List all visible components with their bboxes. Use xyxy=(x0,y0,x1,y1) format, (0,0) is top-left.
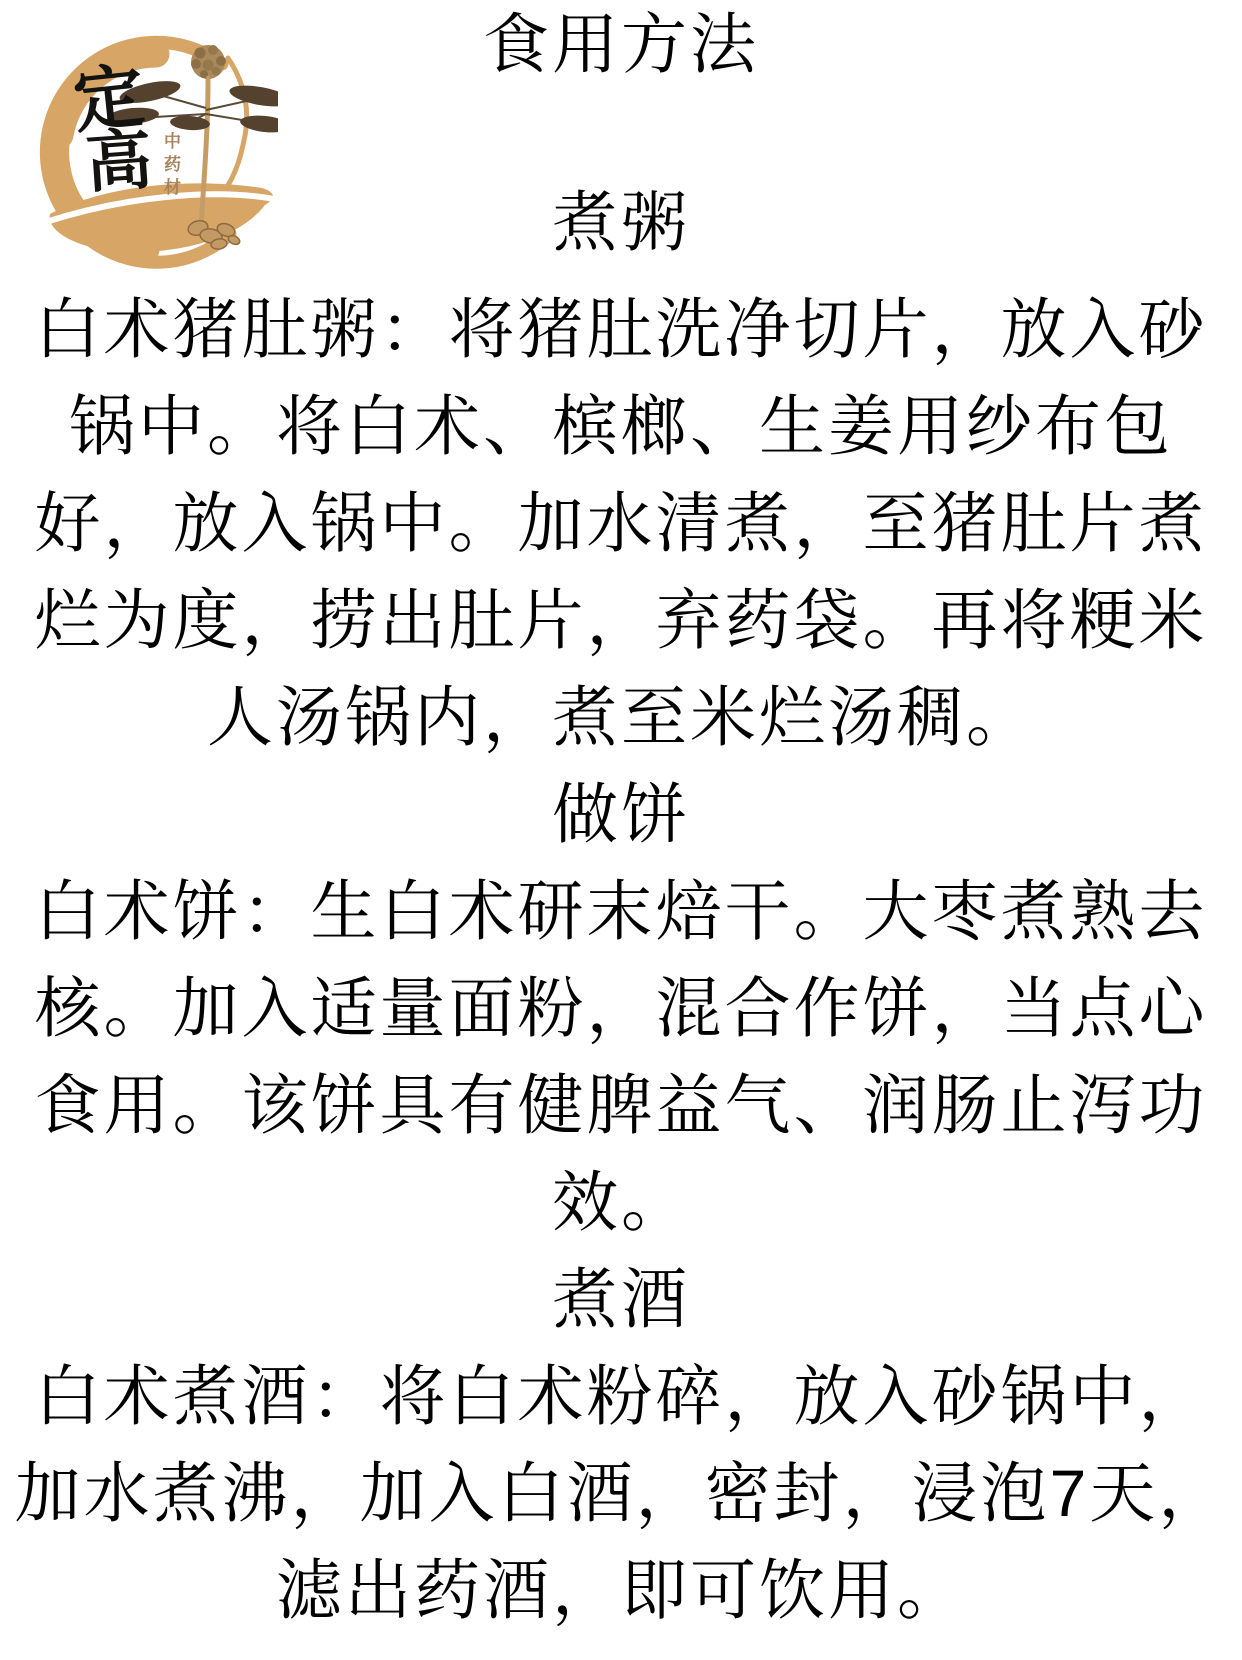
document-body: 食用方法 煮粥 白术猪肚粥：将猪肚洗净切片，放入砂 锅中。将白术、槟榔、生姜用纱… xyxy=(0,0,1242,1639)
text-line: 白术煮酒：将白术粉碎，放入砂锅中， xyxy=(0,1348,1242,1445)
text-line: 好，放入锅中。加水清煮，至猪肚片煮 xyxy=(0,475,1242,572)
section-heading-cake: 做饼 xyxy=(0,766,1242,863)
text-line: 加水煮沸，加入白酒，密封，浸泡7天， xyxy=(0,1445,1242,1542)
text-line: 烂为度，捞出肚片，弃药袋。再将粳米 xyxy=(0,572,1242,669)
text-line: 白术饼：生白术研末焙干。大枣煮熟去 xyxy=(0,863,1242,960)
text-line: 锅中。将白术、槟榔、生姜用纱布包 xyxy=(0,378,1242,475)
text-line: 核。加入适量面粉，混合作饼，当点心 xyxy=(0,960,1242,1057)
text-line: 人汤锅内，煮至米烂汤稠。 xyxy=(0,669,1242,766)
text-line: 效。 xyxy=(0,1154,1242,1251)
text-line: 滤出药酒，即可饮用。 xyxy=(0,1542,1242,1639)
page-title: 食用方法 xyxy=(0,0,1242,88)
title-gap xyxy=(0,88,1242,174)
text-line: 白术猪肚粥：将猪肚洗净切片，放入砂 xyxy=(0,281,1242,378)
section-heading-porridge: 煮粥 xyxy=(0,174,1242,271)
text-line: 食用。该饼具有健脾益气、润肠止泻功 xyxy=(0,1057,1242,1154)
section-heading-wine: 煮酒 xyxy=(0,1251,1242,1348)
document-page: 定 高 中药材 食用方法 煮粥 白术猪肚粥：将猪肚洗净切片，放入砂 锅中。将白术… xyxy=(0,0,1242,1660)
